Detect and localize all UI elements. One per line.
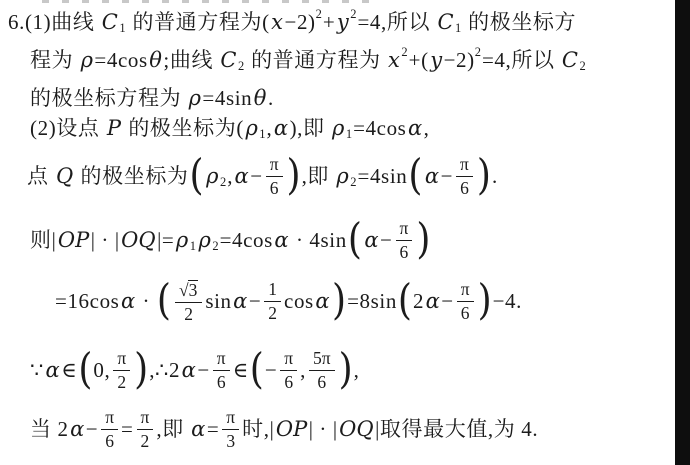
text-run: . bbox=[492, 166, 498, 187]
text-run: =16cos bbox=[55, 291, 119, 312]
text-run: −4. bbox=[493, 291, 522, 312]
fraction-denominator: 6 bbox=[460, 177, 469, 198]
subscript: 2 bbox=[220, 176, 227, 189]
math-variable: α bbox=[232, 291, 249, 312]
scanned-solution-page: 6.(1)曲线 C1 的普通方程为(x−2)2+y2=4,所以 C1 的极坐标方… bbox=[0, 0, 690, 465]
text-run: 的极坐标方 bbox=[462, 12, 576, 33]
math-variable: ρ bbox=[197, 230, 212, 251]
text-run: =4cos bbox=[94, 50, 147, 71]
subscript: 2 bbox=[212, 240, 219, 253]
math-variable: OP bbox=[274, 419, 308, 440]
fraction-denominator: 6 bbox=[461, 302, 470, 323]
cropped-text-fragment bbox=[42, 0, 372, 3]
math-variable: C bbox=[100, 12, 119, 33]
subscript: 1 bbox=[455, 22, 462, 35]
fraction-numerator: π bbox=[396, 218, 413, 241]
text-run: | · | bbox=[91, 230, 120, 251]
fraction-numerator: π bbox=[222, 407, 239, 430]
text-run: , bbox=[354, 360, 360, 381]
fraction-denominator: 6 bbox=[400, 241, 409, 262]
math-variable: Q bbox=[54, 166, 74, 187]
text-run: 0, bbox=[93, 360, 110, 381]
superscript: 2 bbox=[401, 46, 408, 59]
radicand: 3 bbox=[188, 280, 199, 300]
fraction: π6 bbox=[101, 407, 118, 451]
math-variable: y bbox=[335, 12, 350, 33]
math-variable: θ bbox=[252, 88, 268, 109]
fraction: π6 bbox=[266, 154, 283, 198]
text-run: − bbox=[441, 291, 453, 312]
big-paren: ( bbox=[189, 155, 205, 197]
fraction: π6 bbox=[396, 218, 413, 262]
fraction: π6 bbox=[280, 348, 297, 392]
text-run: · 4sin bbox=[290, 230, 347, 251]
math-variable: α bbox=[44, 360, 61, 381]
text-run: ∈ bbox=[233, 360, 249, 381]
math-variable: α bbox=[363, 230, 380, 251]
fraction: 5π6 bbox=[309, 348, 335, 392]
fraction-numerator: π bbox=[456, 154, 473, 177]
big-paren: ) bbox=[338, 349, 354, 391]
math-variable: ρ bbox=[205, 166, 220, 187]
subscript: 2 bbox=[579, 60, 586, 73]
text-run: (2)设点 bbox=[30, 118, 105, 139]
text-run: ,∴2 bbox=[149, 360, 180, 381]
big-paren: ) bbox=[476, 155, 492, 197]
fraction: π2 bbox=[137, 407, 154, 451]
math-variable: α bbox=[190, 419, 207, 440]
subscript: 1 bbox=[346, 128, 353, 141]
fraction-denominator: 6 bbox=[105, 430, 114, 451]
text-run: − bbox=[441, 166, 453, 187]
math-variable: OP bbox=[56, 230, 90, 251]
text-run: − bbox=[380, 230, 392, 251]
text-run: = bbox=[207, 419, 219, 440]
fraction: π2 bbox=[113, 348, 130, 392]
text-run: , bbox=[424, 118, 430, 139]
text-run: − bbox=[86, 419, 98, 440]
fraction-denominator: 6 bbox=[270, 177, 279, 198]
big-paren: ) bbox=[133, 349, 149, 391]
scan-edge-bar bbox=[675, 0, 690, 465]
math-variable: ρ bbox=[331, 118, 346, 139]
text-run: − bbox=[249, 291, 261, 312]
math-variable: α bbox=[233, 166, 250, 187]
text-run: − bbox=[250, 166, 262, 187]
big-paren: ( bbox=[347, 219, 363, 261]
fraction: 12 bbox=[264, 279, 281, 323]
math-variable: x bbox=[270, 12, 285, 33]
math-line-3: 的极坐标方程为 ρ=4sinθ. bbox=[30, 82, 274, 114]
big-paren: ( bbox=[397, 280, 413, 322]
big-paren: ) bbox=[286, 155, 302, 197]
math-variable: α bbox=[272, 118, 289, 139]
fraction: π6 bbox=[457, 279, 474, 323]
text-run: · bbox=[137, 291, 156, 312]
math-line-7: =16cosα · (√32sinα−12cosα)=8sin(2α−π6)−4… bbox=[55, 270, 522, 332]
fraction-denominator: 3 bbox=[226, 430, 235, 451]
superscript: 2 bbox=[316, 8, 323, 21]
text-run: 6.(1)曲线 bbox=[8, 12, 100, 33]
math-line-9: 当 2α−π6=π2,即 α=π3时,|OP| · |OQ|取得最大值,为 4. bbox=[30, 400, 538, 458]
text-run: ),即 bbox=[290, 118, 331, 139]
text-run: + bbox=[323, 12, 335, 33]
text-run: =4,所以 bbox=[357, 12, 435, 33]
big-paren: ) bbox=[331, 280, 347, 322]
fraction: π3 bbox=[222, 407, 239, 451]
fraction-denominator: 2 bbox=[117, 371, 126, 392]
math-variable: C bbox=[560, 50, 579, 71]
superscript: 2 bbox=[350, 8, 357, 21]
math-line-8: ∵α∈(0,π2),∴2α−π6∈(−π6,5π6), bbox=[30, 340, 359, 400]
text-run: ∵ bbox=[30, 360, 44, 381]
subscript: 1 bbox=[259, 128, 266, 141]
text-run: |= bbox=[157, 230, 174, 251]
fraction-denominator: 6 bbox=[317, 371, 326, 392]
text-run: 时,| bbox=[242, 419, 274, 440]
text-run: =4sin bbox=[358, 166, 408, 187]
fraction-numerator: π bbox=[101, 407, 118, 430]
math-variable: ρ bbox=[335, 166, 350, 187]
math-variable: α bbox=[423, 166, 440, 187]
math-variable: ρ bbox=[244, 118, 259, 139]
fraction-numerator: π bbox=[266, 154, 283, 177]
subscript: 2 bbox=[350, 176, 357, 189]
fraction-denominator: 6 bbox=[284, 371, 293, 392]
fraction-numerator: √3 bbox=[175, 279, 202, 303]
math-variable: α bbox=[273, 230, 290, 251]
text-run: = bbox=[121, 419, 133, 440]
subscript: 2 bbox=[238, 60, 245, 73]
fraction-numerator: π bbox=[457, 279, 474, 302]
math-variable: ρ bbox=[79, 50, 94, 71]
math-variable: α bbox=[180, 360, 197, 381]
fraction-numerator: π bbox=[113, 348, 130, 371]
text-run: =4,所以 bbox=[482, 50, 560, 71]
math-variable: α bbox=[119, 291, 136, 312]
text-run: 的普通方程为( bbox=[127, 12, 270, 33]
fraction: √32 bbox=[175, 279, 202, 324]
text-run: =8sin bbox=[347, 291, 397, 312]
fraction-numerator: 1 bbox=[264, 279, 281, 302]
big-paren: ( bbox=[156, 280, 172, 322]
fraction-numerator: π bbox=[137, 407, 154, 430]
text-run: =4sin bbox=[202, 88, 252, 109]
text-run: cos bbox=[284, 291, 314, 312]
text-run: 点 bbox=[27, 166, 54, 187]
text-run: ∈ bbox=[61, 360, 77, 381]
math-line-4: (2)设点 P 的极坐标为(ρ1,α),即 ρ1=4cosα, bbox=[30, 112, 430, 144]
math-variable: α bbox=[424, 291, 441, 312]
math-variable: θ bbox=[148, 50, 164, 71]
fraction: π6 bbox=[213, 348, 230, 392]
math-variable: y bbox=[429, 50, 444, 71]
math-variable: OQ bbox=[120, 230, 157, 251]
text-run: 2 bbox=[413, 291, 424, 312]
text-run: |取得最大值,为 4. bbox=[375, 419, 538, 440]
fraction-numerator: π bbox=[213, 348, 230, 371]
math-variable: ρ bbox=[174, 230, 189, 251]
text-run: − bbox=[265, 360, 277, 381]
big-paren: ) bbox=[415, 219, 431, 261]
big-paren: ( bbox=[77, 349, 93, 391]
text-run: | · | bbox=[309, 419, 338, 440]
math-variable: P bbox=[105, 118, 122, 139]
math-variable: ρ bbox=[187, 88, 202, 109]
text-run: =4cos bbox=[220, 230, 273, 251]
math-line-1: 6.(1)曲线 C1 的普通方程为(x−2)2+y2=4,所以 C1 的极坐标方 bbox=[8, 6, 576, 38]
fraction-numerator: 5π bbox=[309, 348, 335, 371]
text-run: +( bbox=[409, 50, 429, 71]
fraction-denominator: 2 bbox=[141, 430, 150, 451]
math-variable: α bbox=[69, 419, 86, 440]
text-run: 的极坐标方程为 bbox=[30, 88, 187, 109]
text-run: −2) bbox=[285, 12, 316, 33]
text-run: . bbox=[268, 88, 274, 109]
text-run: =4cos bbox=[353, 118, 406, 139]
math-variable: x bbox=[387, 50, 402, 71]
fraction-numerator: π bbox=[280, 348, 297, 371]
superscript: 2 bbox=[475, 46, 482, 59]
text-run: ;曲线 bbox=[163, 50, 218, 71]
big-paren: ( bbox=[407, 155, 423, 197]
text-run: 的极坐标为 bbox=[75, 166, 189, 187]
math-line-2: 程为 ρ=4cosθ;曲线 C2 的普通方程为 x2+(y−2)2=4,所以 C… bbox=[30, 44, 587, 76]
text-run: 的极坐标为( bbox=[122, 118, 243, 139]
subscript: 1 bbox=[119, 22, 126, 35]
math-variable: α bbox=[406, 118, 423, 139]
math-variable: C bbox=[436, 12, 455, 33]
big-paren: ( bbox=[249, 349, 265, 391]
text-run: ,即 bbox=[302, 166, 335, 187]
text-run: 则| bbox=[30, 230, 56, 251]
text-run: −2) bbox=[444, 50, 475, 71]
text-run: − bbox=[197, 360, 209, 381]
math-variable: α bbox=[314, 291, 331, 312]
big-paren: ) bbox=[477, 280, 493, 322]
math-variable: C bbox=[219, 50, 238, 71]
fraction-denominator: 2 bbox=[184, 303, 193, 324]
fraction-denominator: 2 bbox=[268, 302, 277, 323]
fraction: π6 bbox=[456, 154, 473, 198]
text-run: 当 2 bbox=[30, 419, 69, 440]
text-run: 程为 bbox=[30, 50, 79, 71]
text-run: ,即 bbox=[156, 419, 189, 440]
text-run: , bbox=[300, 360, 306, 381]
math-line-5: 点 Q 的极坐标为(ρ2,α−π6),即 ρ2=4sin(α−π6). bbox=[27, 148, 498, 204]
fraction-denominator: 6 bbox=[217, 371, 226, 392]
subscript: 1 bbox=[190, 240, 197, 253]
text-run: 的普通方程为 bbox=[245, 50, 386, 71]
text-run: sin bbox=[205, 291, 231, 312]
math-variable: OQ bbox=[338, 419, 375, 440]
math-line-6: 则|OP| · |OQ|=ρ1ρ2=4cosα · 4sin(α−π6) bbox=[30, 212, 431, 268]
